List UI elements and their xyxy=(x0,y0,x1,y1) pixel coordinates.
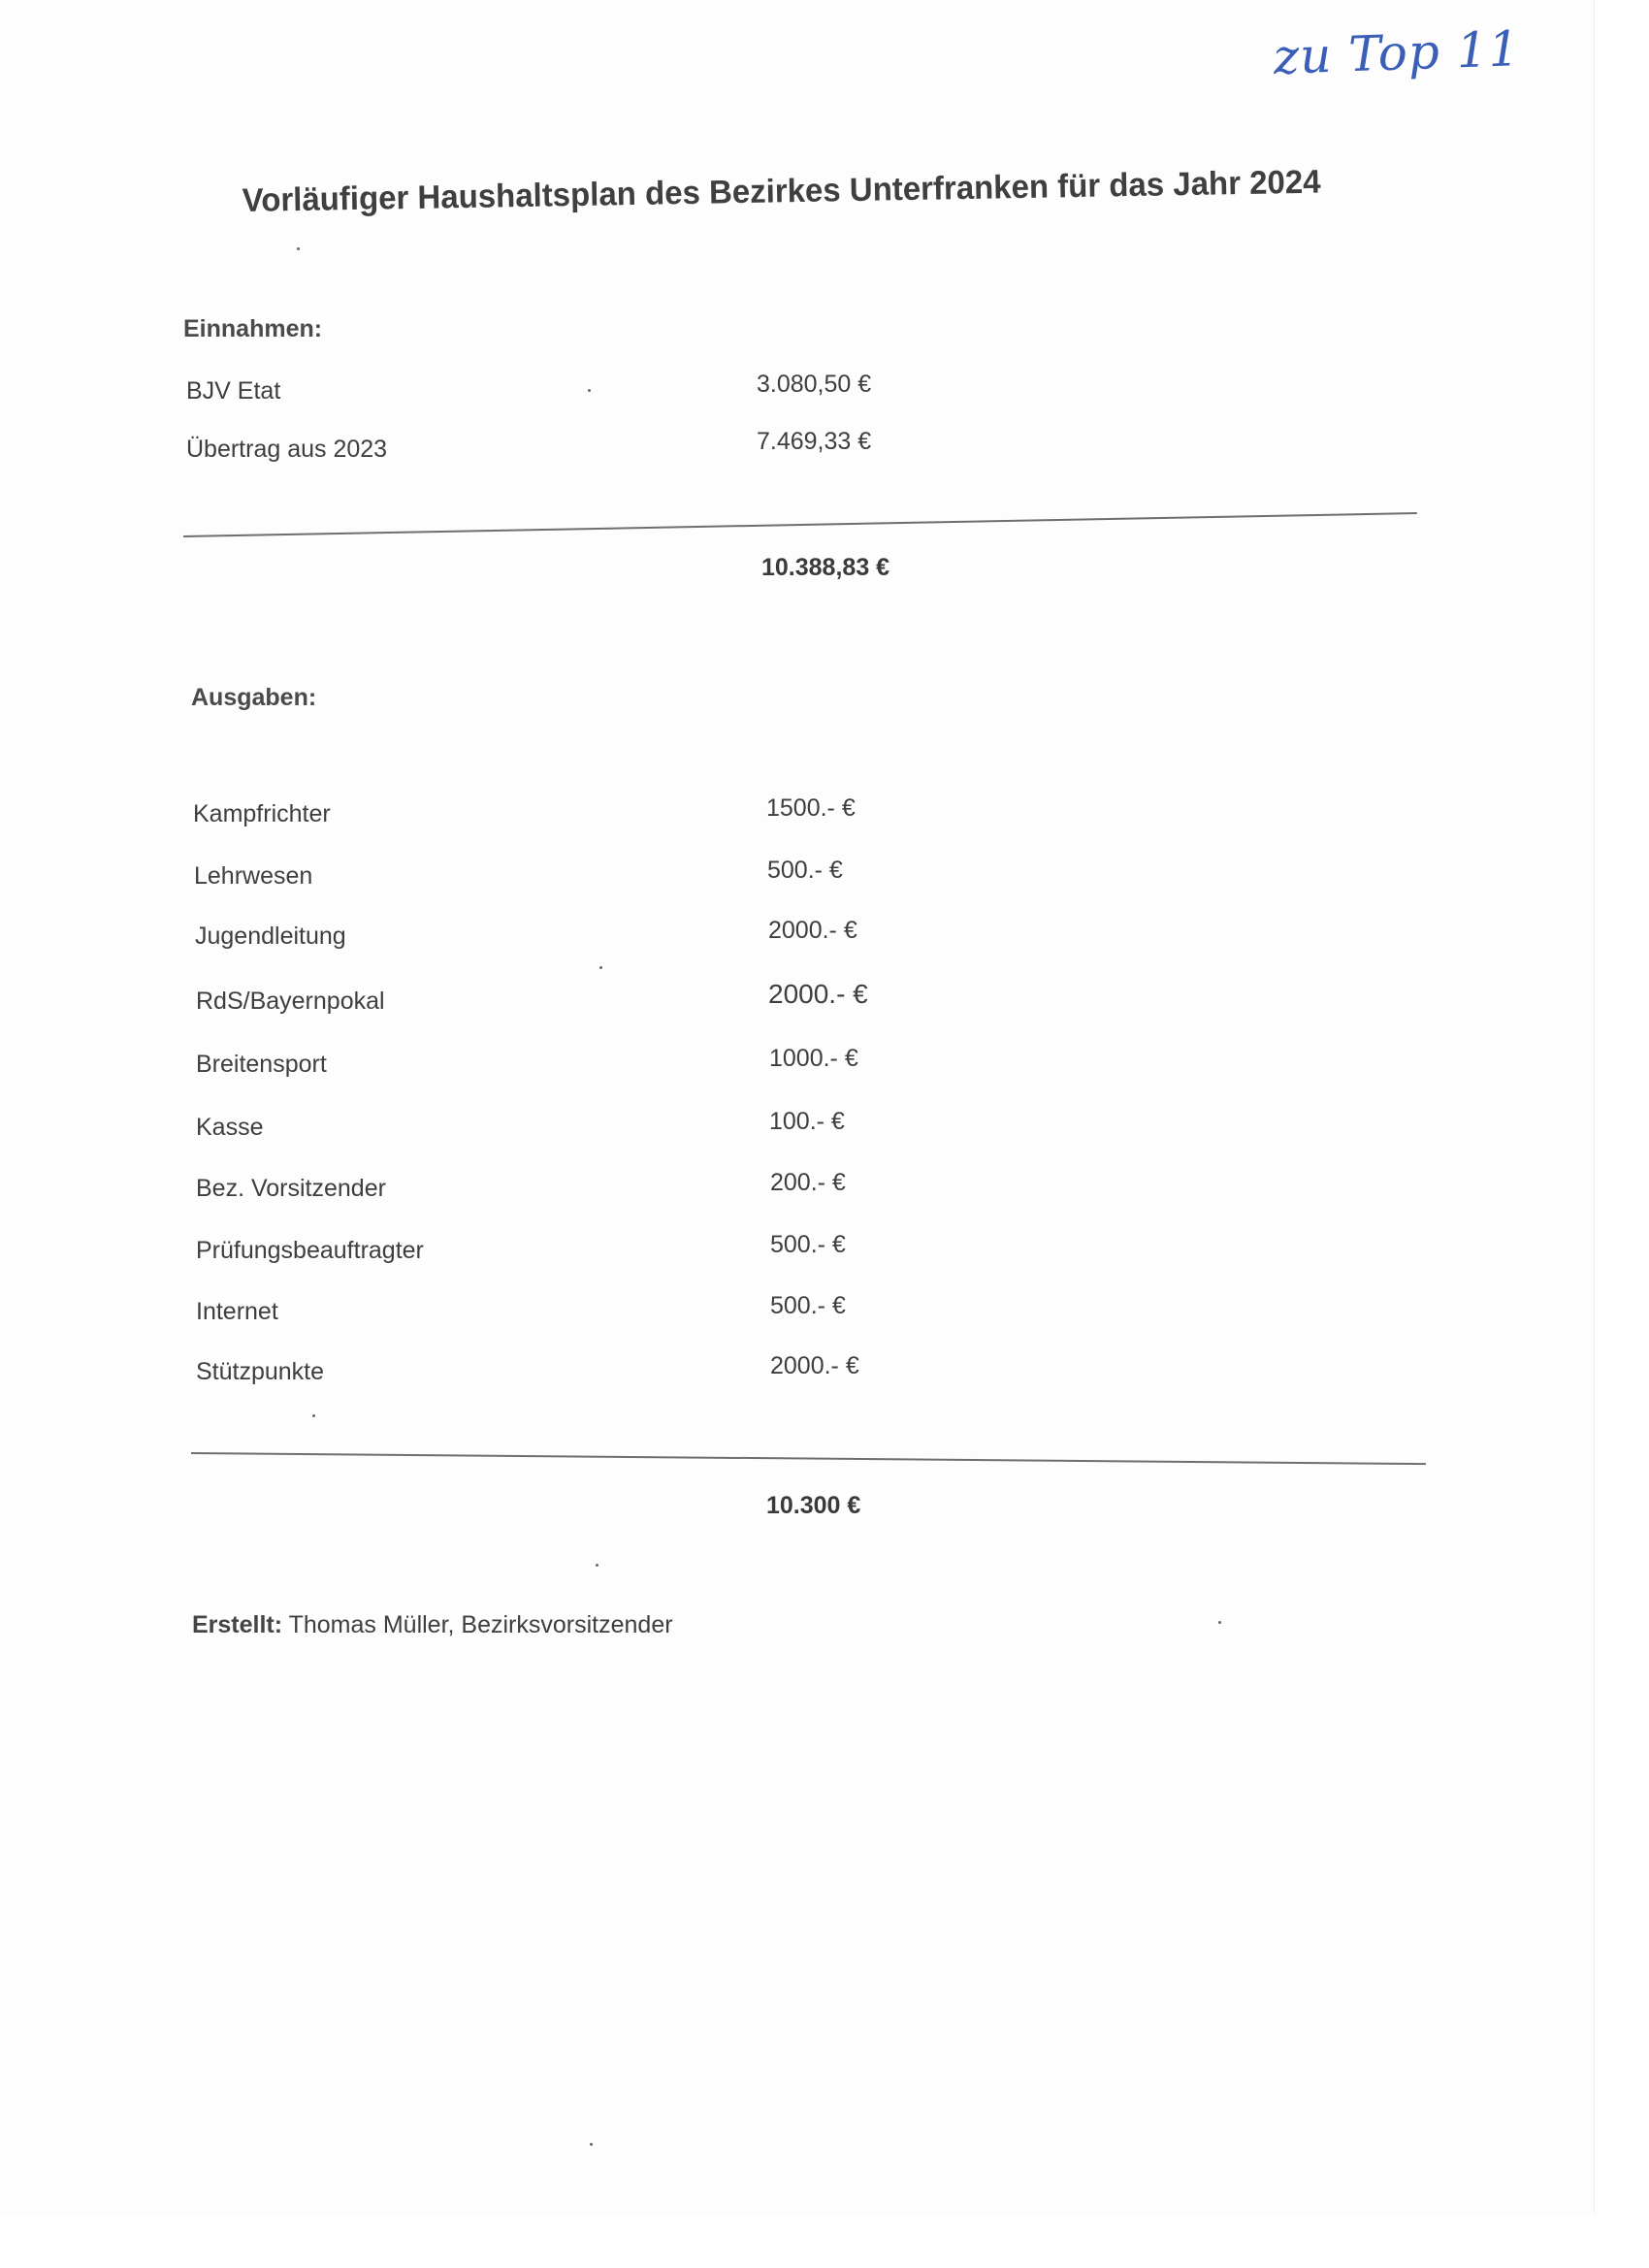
income-amount: 7.469,33 € xyxy=(757,430,871,454)
expense-label: RdS/Bayernpokal xyxy=(196,989,385,1014)
income-total: 10.388,83 € xyxy=(761,556,889,580)
expenses-heading: Ausgaben: xyxy=(191,686,316,710)
expense-amount: 500.- € xyxy=(770,1233,846,1257)
expense-amount: 1500.- € xyxy=(766,796,856,821)
expense-amount: 200.- € xyxy=(770,1171,846,1195)
scan-speck xyxy=(599,966,602,969)
scanned-page: zu Top 11 Vorläufiger Haushaltsplan des … xyxy=(0,0,1595,2214)
scan-speck xyxy=(297,247,300,250)
scan-speck xyxy=(1218,1621,1221,1624)
income-heading: Einnahmen: xyxy=(183,317,322,341)
income-divider xyxy=(183,512,1417,537)
expense-label: Kasse xyxy=(196,1116,263,1140)
expense-amount: 500.- € xyxy=(770,1294,846,1318)
expenses-total: 10.300 € xyxy=(766,1494,860,1518)
income-label: Übertrag aus 2023 xyxy=(186,437,387,462)
created-label: Erstellt: xyxy=(192,1611,282,1638)
scan-speck xyxy=(588,389,591,392)
expense-amount: 100.- € xyxy=(769,1110,845,1134)
expense-amount: 2000.- € xyxy=(770,1354,859,1378)
expense-amount: 2000.- € xyxy=(768,919,857,943)
income-label: BJV Etat xyxy=(186,379,280,404)
expense-label: Jugendleitung xyxy=(195,924,346,949)
handwritten-note: zu Top 11 xyxy=(1273,24,1521,81)
scan-speck xyxy=(590,2143,593,2146)
expense-label: Lehrwesen xyxy=(194,864,312,889)
expense-label: Breitensport xyxy=(196,1053,327,1077)
expense-label: Kampfrichter xyxy=(193,802,331,826)
document-title: Vorläufiger Haushaltsplan des Bezirkes U… xyxy=(242,166,1320,217)
expenses-divider xyxy=(191,1452,1426,1465)
expense-label: Internet xyxy=(196,1300,278,1324)
expense-label: Stützpunkte xyxy=(196,1360,324,1384)
scan-speck xyxy=(312,1414,315,1417)
expense-amount: 2000.- € xyxy=(768,981,868,1008)
expense-label: Prüfungsbeauftragter xyxy=(196,1239,424,1263)
scan-speck xyxy=(596,1564,598,1567)
created-by-line: Erstellt: Thomas Müller, Bezirksvorsitze… xyxy=(192,1613,673,1637)
expense-amount: 1000.- € xyxy=(769,1047,858,1071)
income-amount: 3.080,50 € xyxy=(757,373,871,397)
expense-amount: 500.- € xyxy=(767,859,843,883)
created-by-name: Thomas Müller, Bezirksvorsitzender xyxy=(289,1611,673,1638)
expense-label: Bez. Vorsitzender xyxy=(196,1177,386,1201)
